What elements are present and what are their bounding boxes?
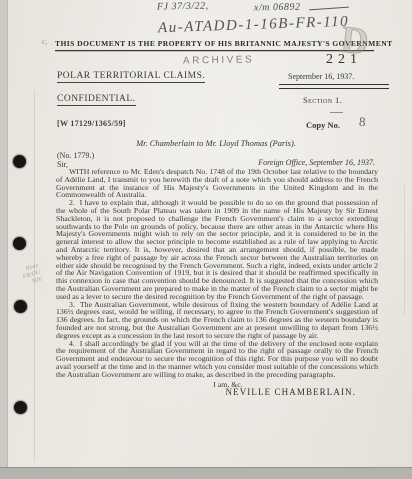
file-reference: [W 17129/1365/59]: [57, 119, 126, 128]
classification-marking: CONFIDENTIAL.: [57, 94, 136, 106]
paragraph-1: WITH reference to Mr. Eden's despatch No…: [56, 168, 378, 199]
copy-number-value: 8: [358, 114, 366, 130]
header-rule: [55, 50, 374, 51]
dash-mark: [330, 112, 343, 113]
letter-heading: Mr. Chamberlain to Mr. Lloyd Thomas (Par…: [55, 138, 377, 148]
signature: NEVILLE CHAMBERLAIN.: [56, 389, 378, 397]
paper-edge-mark: [404, 185, 405, 315]
document-subject: POLAR TERRITORIAL CLAIMS.: [57, 71, 205, 83]
hole-punch-mark: [14, 401, 27, 414]
scan-backing-bottom-edge: [0, 467, 412, 479]
date-rule: [279, 84, 389, 89]
letter-body: WITH reference to Mr. Eden's despatch No…: [56, 168, 378, 397]
archives-stamp: ARCHIVES: [183, 54, 254, 66]
copy-number-label: Copy No.: [306, 120, 340, 130]
paragraph-3: 3. The Australian Government, while desi…: [56, 301, 378, 340]
hole-punch-mark: [13, 155, 26, 168]
dateline: Foreign Office, September 16, 1937.: [195, 158, 375, 167]
paragraph-4: 4. I shall accordingly be glad if you wi…: [56, 340, 378, 379]
handwritten-file-number: FJ 37/3/22,: [157, 1, 209, 13]
hole-punch-mark: [14, 300, 27, 313]
paragraph-2: 2. I have to explain that, although it w…: [56, 199, 378, 300]
handwritten-registry-code: x/m 06892: [254, 2, 301, 14]
property-statement: THIS DOCUMENT IS THE PROPERTY OF HIS BRI…: [55, 39, 374, 48]
letter-number: (No. 1779.): [57, 151, 94, 160]
hole-punch-mark: [13, 237, 26, 250]
document-number: 221: [326, 52, 362, 68]
pencil-mark: c,: [42, 37, 48, 46]
section-label: Section 1.: [303, 95, 342, 105]
scan-backing-left-edge: [0, 0, 8, 479]
header-date: September 16, 1937.: [288, 72, 354, 81]
